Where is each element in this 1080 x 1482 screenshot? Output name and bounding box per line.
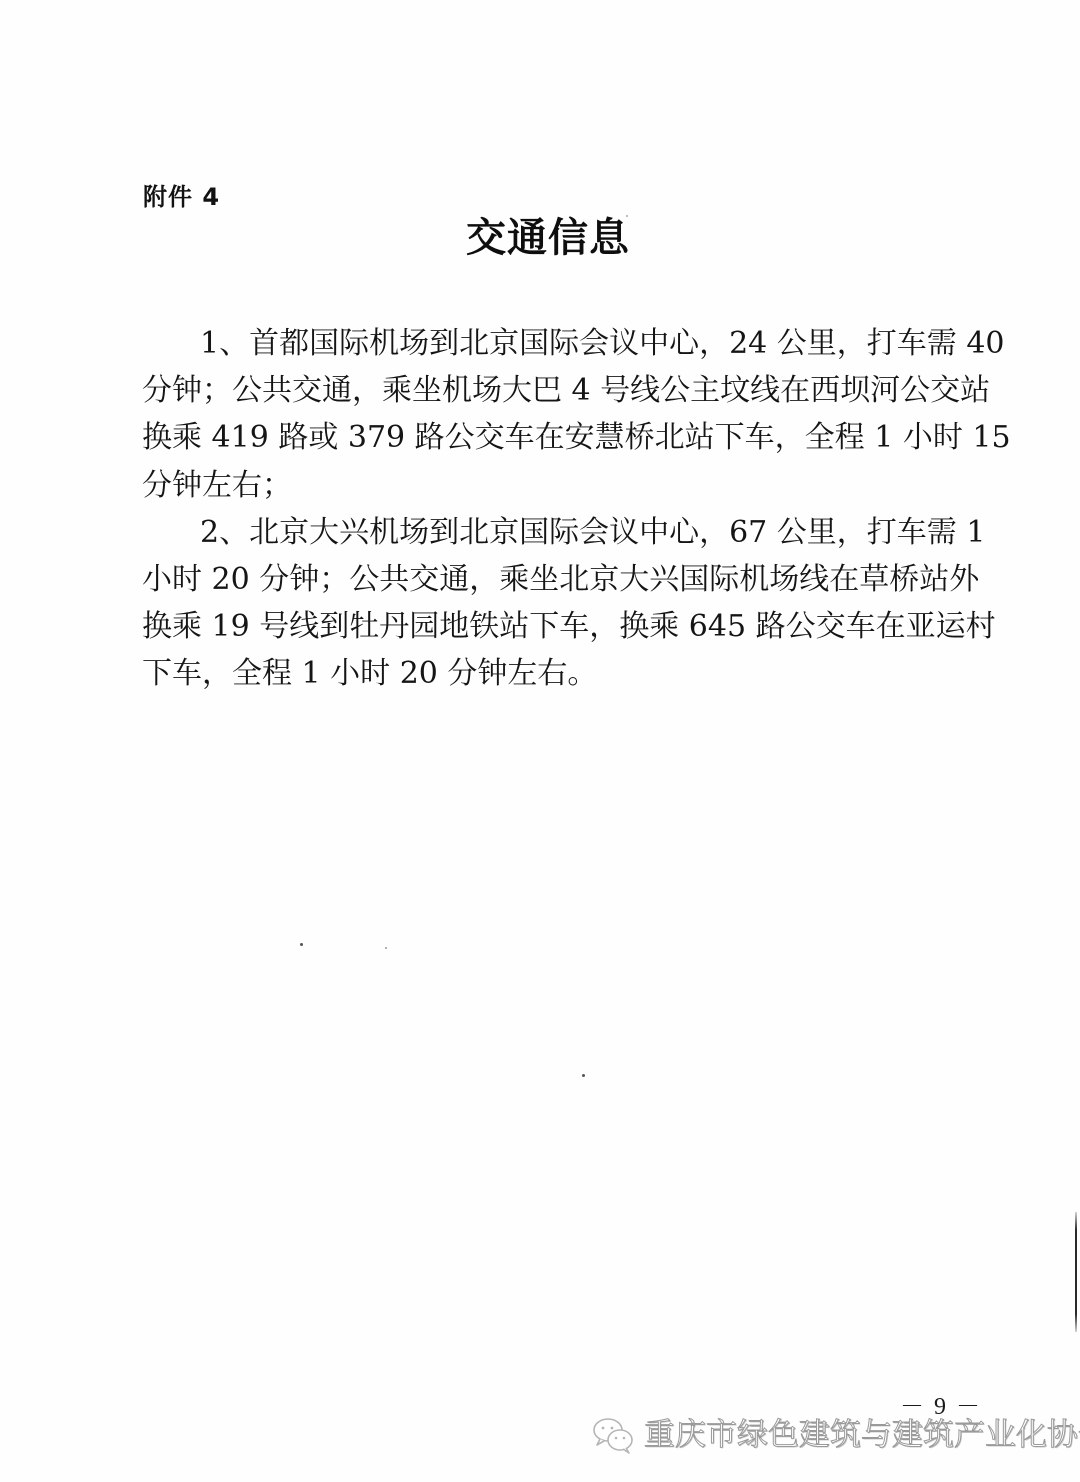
document-body: 1、首都国际机场到北京国际会议中心，24 公里，打车需 40 分钟；公共交通，乘… bbox=[142, 320, 954, 698]
paragraph-line: 换乘 419 路或 379 路公交车在安慧桥北站下车，全程 1 小时 15 bbox=[142, 414, 954, 461]
paragraph-line: 下车，全程 1 小时 20 分钟左右。 bbox=[142, 650, 954, 697]
paragraph-1: 1、首都国际机场到北京国际会议中心，24 公里，打车需 40 分钟；公共交通，乘… bbox=[142, 320, 954, 509]
wechat-icon bbox=[592, 1415, 636, 1455]
document-page: 附件 4 交通信息 1、首都国际机场到北京国际会议中心，24 公里，打车需 40… bbox=[0, 0, 1080, 1482]
scan-edge-line bbox=[1075, 1212, 1077, 1332]
paragraph-line: 分钟；公共交通，乘坐机场大巴 4 号线公主坟线在西坝河公交站 bbox=[142, 367, 954, 414]
paragraph-line: 2、北京大兴机场到北京国际会议中心，67 公里，打车需 1 bbox=[142, 509, 954, 556]
paragraph-2: 2、北京大兴机场到北京国际会议中心，67 公里，打车需 1 小时 20 分钟；公… bbox=[142, 509, 954, 698]
scan-speck bbox=[626, 215, 628, 217]
watermark-text: 重庆市绿色建筑与建筑产业化协会 bbox=[644, 1415, 1080, 1455]
paragraph-line: 1、首都国际机场到北京国际会议中心，24 公里，打车需 40 bbox=[142, 320, 954, 367]
watermark: 重庆市绿色建筑与建筑产业化协会 bbox=[592, 1413, 1080, 1457]
paragraph-line: 分钟左右； bbox=[142, 462, 954, 509]
paragraph-line: 换乘 19 号线到牡丹园地铁站下车，换乘 645 路公交车在亚运村 bbox=[142, 603, 954, 650]
scan-speck bbox=[300, 943, 303, 946]
document-title: 交通信息 bbox=[0, 208, 1080, 268]
scan-speck bbox=[385, 947, 387, 949]
scan-speck bbox=[582, 1074, 585, 1077]
paragraph-line: 小时 20 分钟；公共交通，乘坐北京大兴国际机场线在草桥站外 bbox=[142, 556, 954, 603]
